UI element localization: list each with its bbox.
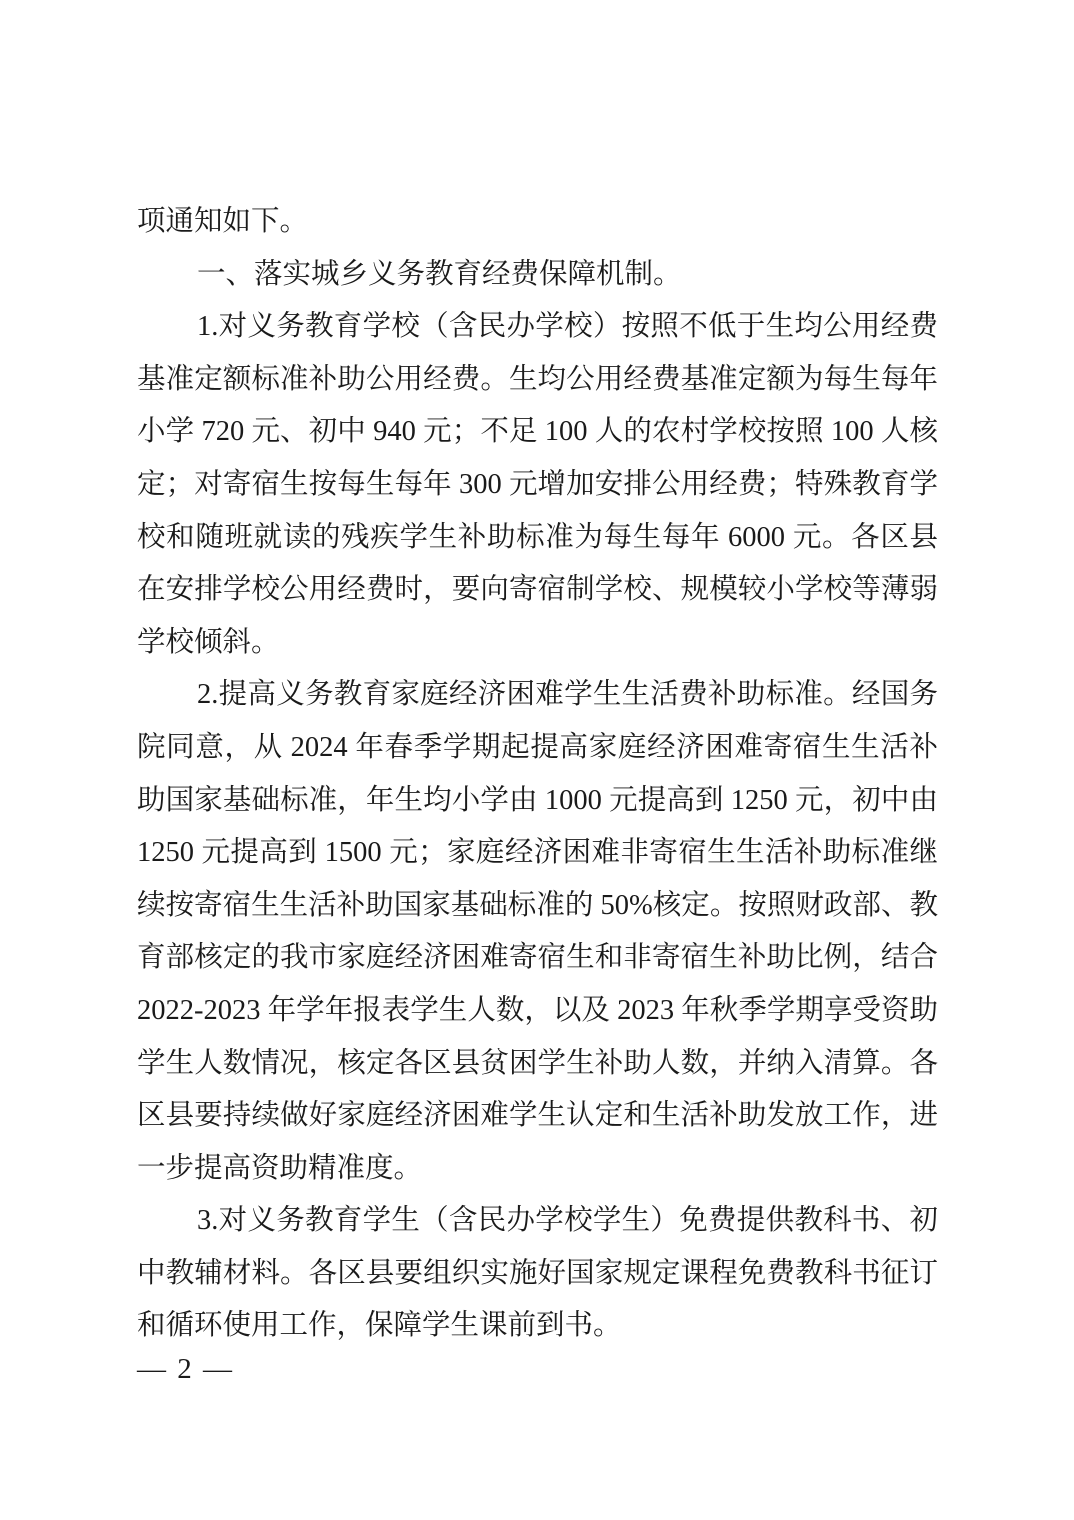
text-line: 1.对义务教育学校（含民办学校）按照不低于生均公用经费 [137,301,938,354]
text-line: 育部核定的我市家庭经济困难寄宿生和非寄宿生补助比例，结合 [137,932,938,985]
text-line: 一步提高资助精准度。 [137,1143,938,1196]
text-line: 基准定额标准补助公用经费。生均公用经费基准定额为每生每年 [137,354,938,407]
document-body: 项通知如下。 一、落实城乡义务教育经费保障机制。 1.对义务教育学校（含民办学校… [137,196,938,1353]
text-line: 项通知如下。 [137,196,938,249]
text-line: 助国家基础标准，年生均小学由 1000 元提高到 1250 元，初中由 [137,775,938,828]
text-line: 小学 720 元、初中 940 元；不足 100 人的农村学校按照 100 人核 [137,406,938,459]
text-line: 2022-2023 年学年报表学生人数，以及 2023 年秋季学期享受资助 [137,985,938,1038]
text-line: 区县要持续做好家庭经济困难学生认定和生活补助发放工作，进 [137,1090,938,1143]
text-line: 学生人数情况，核定各区县贫困学生补助人数，并纳入清算。各 [137,1038,938,1091]
page-number: — 2 — [137,1352,234,1386]
text-line: 续按寄宿生生活补助国家基础标准的 50%核定。按照财政部、教 [137,880,938,933]
text-line: 中教辅材料。各区县要组织实施好国家规定课程免费教科书征订 [137,1248,938,1301]
text-line: 定；对寄宿生按每生每年 300 元增加安排公用经费；特殊教育学 [137,459,938,512]
text-line: 2.提高义务教育家庭经济困难学生生活费补助标准。经国务 [137,669,938,722]
text-line: 在安排学校公用经费时，要向寄宿制学校、规模较小学校等薄弱 [137,564,938,617]
text-line: 校和随班就读的残疾学生补助标准为每生每年 6000 元。各区县 [137,512,938,565]
text-line: 学校倾斜。 [137,617,938,670]
text-line: 1250 元提高到 1500 元；家庭经济困难非寄宿生生活补助标准继 [137,827,938,880]
text-line: 3.对义务教育学生（含民办学校学生）免费提供教科书、初 [137,1195,938,1248]
text-line: 院同意，从 2024 年春季学期起提高家庭经济困难寄宿生生活补 [137,722,938,775]
document-page: 项通知如下。 一、落实城乡义务教育经费保障机制。 1.对义务教育学校（含民办学校… [0,0,1074,1520]
section-heading: 一、落实城乡义务教育经费保障机制。 [137,249,938,302]
text-line: 和循环使用工作，保障学生课前到书。 [137,1300,938,1353]
